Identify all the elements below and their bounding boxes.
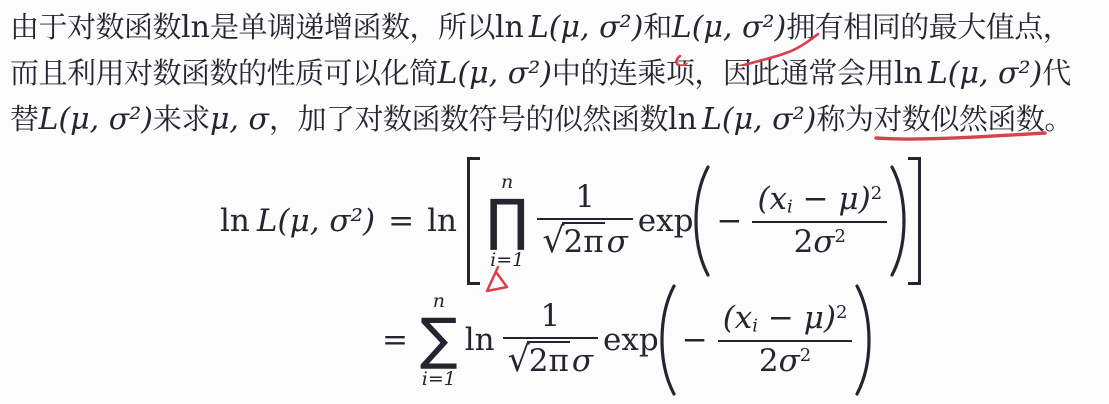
cjk-text: 来求	[153, 102, 210, 136]
slide: 由于对数函数ln是单调递增函数，所以lnL(μ, σ²)和L(μ, σ²)拥有相…	[0, 0, 1109, 404]
cjk-text: 。	[1044, 102, 1073, 136]
left-bracket	[467, 157, 480, 285]
cjk-text: 由于对数函数	[10, 10, 181, 44]
sigma: σ	[572, 343, 593, 379]
math-ln: ln	[668, 102, 697, 137]
text-line-3: 替L(μ, σ²)来求μ, σ，加了对数函数符号的似然函数lnL(μ, σ²)称…	[10, 96, 1109, 142]
fraction-bar	[537, 218, 632, 220]
cjk-text: 拥有相同的最大值点，	[786, 10, 1071, 44]
cjk-text: ，加了对数函数符号的似然函数	[269, 102, 668, 136]
product-lower-limit: i=1	[490, 248, 524, 273]
fraction-bar	[503, 337, 598, 339]
exp-operator: exp	[603, 322, 659, 358]
cjk-text-emphasis: 对数似然函数	[873, 102, 1044, 136]
fraction-numerator: (xi − μ)2	[752, 182, 887, 218]
gaussian-coefficient-fraction: 1 √2πσ	[537, 180, 632, 263]
product-symbol: ∏	[486, 194, 528, 247]
cjk-text: 是单调递增函数，所以	[210, 10, 495, 44]
radicand: 2π	[562, 222, 605, 260]
formula-log-likelihood-sum: = n ∑ i=1 ln 1 √2πσ exp − (xi − μ)2 2σ2	[382, 278, 871, 402]
fraction-bar	[752, 221, 887, 223]
fraction-denominator: 2σ2	[754, 344, 816, 380]
exponent-fraction: (xi − μ)2 2σ2	[752, 182, 887, 260]
exponent-fraction: (xi − μ)2 2σ2	[718, 301, 853, 379]
paragraph: 由于对数函数ln是单调递增函数，所以lnL(μ, σ²)和L(μ, σ²)拥有相…	[10, 4, 1109, 142]
math-likelihood-fn: L(μ, σ²)	[438, 56, 552, 91]
ln-operator: ln	[427, 203, 457, 239]
fraction-numerator: 1	[535, 299, 565, 335]
cjk-text: 替	[10, 102, 39, 136]
big-paren-right	[854, 283, 871, 397]
math-mu-sigma: μ, σ	[210, 102, 269, 137]
fraction-denominator: √2πσ	[503, 341, 598, 381]
math-ln: ln	[495, 10, 524, 45]
radicand: 2π	[527, 341, 570, 379]
likelihood-function: L(μ, σ²)	[257, 203, 375, 239]
math-likelihood-fn: L(μ, σ²)	[39, 102, 153, 137]
equals-sign: =	[388, 203, 414, 239]
text-line-2: 而且利用对数函数的性质可以化简L(μ, σ²)中的连乘项，因此通常会用lnL(μ…	[10, 50, 1109, 96]
math-likelihood-fn: L(μ, σ²)	[672, 10, 786, 45]
sum-lower-limit: i=1	[422, 367, 456, 392]
sum-symbol: ∑	[420, 313, 458, 366]
exp-operator: exp	[638, 203, 694, 239]
math-ln: ln	[181, 10, 210, 45]
text-line-1: 由于对数函数ln是单调递增函数，所以lnL(μ, σ²)和L(μ, σ²)拥有相…	[10, 4, 1109, 50]
cjk-text: 而且利用对数函数的性质可以化简	[10, 56, 438, 90]
big-paren-left	[694, 164, 711, 278]
fraction-denominator: 2σ2	[789, 225, 851, 261]
minus-sign: −	[682, 322, 708, 358]
product-operator: n ∏ i=1	[486, 170, 528, 273]
cjk-text: 和	[643, 10, 672, 44]
sum-operator: n ∑ i=1	[420, 289, 458, 392]
fraction-numerator: (xi − μ)2	[718, 301, 853, 337]
math-likelihood-fn: L(μ, σ²)	[702, 102, 816, 137]
cjk-text: 代	[1042, 56, 1071, 90]
minus-sign: −	[716, 203, 742, 239]
annotated-likelihood-fn: L(μ, σ²)	[672, 4, 786, 51]
log-likelihood-term: 对数似然函数	[873, 96, 1044, 142]
gaussian-coefficient-fraction: 1 √2πσ	[503, 299, 598, 382]
fraction-numerator: 1	[570, 180, 600, 216]
math-likelihood-fn: L(μ, σ²)	[529, 10, 643, 45]
big-paren-right	[889, 164, 906, 278]
cjk-text: 称为	[816, 102, 873, 136]
right-bracket	[908, 157, 921, 285]
ln-operator: ln	[220, 203, 250, 239]
math-likelihood-fn: L(μ, σ²)	[928, 56, 1042, 91]
fraction-bar	[718, 340, 853, 342]
formula-log-likelihood-product: ln L(μ, σ²) = ln n ∏ i=1 1 √2πσ exp − (x…	[220, 154, 921, 288]
fraction-denominator: √2πσ	[537, 222, 632, 262]
big-paren-left	[660, 283, 677, 397]
math-ln: ln	[894, 56, 923, 91]
equals-sign: =	[382, 322, 408, 358]
ln-operator: ln	[465, 322, 495, 358]
cjk-text: 中的连乘项，因此通常会用	[552, 56, 894, 90]
sigma: σ	[607, 224, 628, 260]
